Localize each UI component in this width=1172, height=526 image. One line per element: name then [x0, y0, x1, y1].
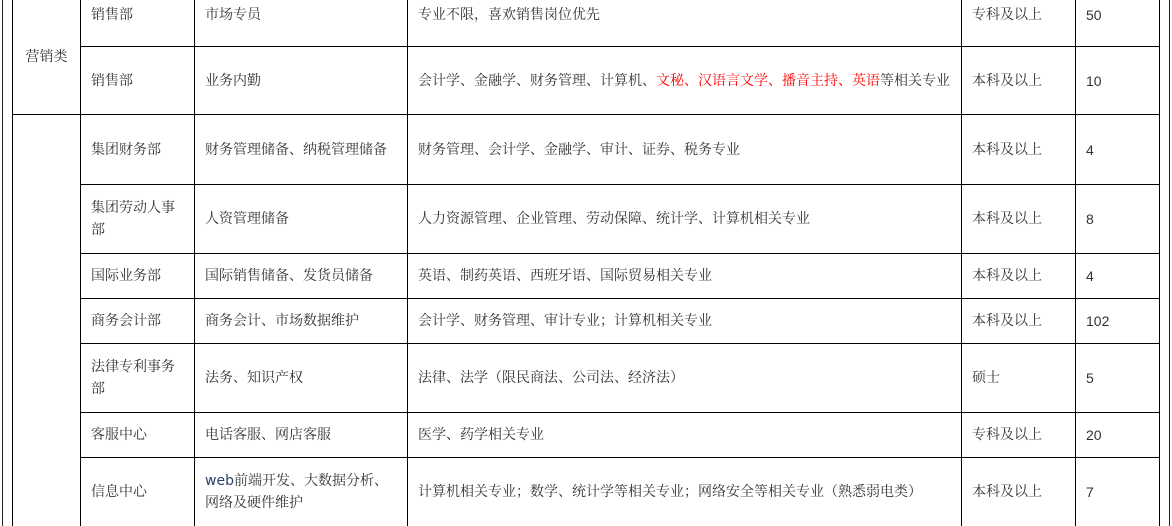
major-cell: 专业不限，喜欢销售岗位优先	[408, 0, 962, 47]
headcount-cell: 8	[1076, 185, 1160, 254]
major-cell: 人力资源管理、企业管理、劳动保障、统计学、计算机相关专业	[408, 185, 962, 254]
education-cell: 本科及以上	[962, 254, 1076, 299]
education-cell: 本科及以上	[962, 185, 1076, 254]
department-cell: 法律专利事务部	[81, 344, 195, 413]
position-cell: 电话客服、网店客服	[195, 413, 408, 458]
headcount-cell: 4	[1076, 115, 1160, 185]
position-cell: 市场专员	[195, 0, 408, 47]
education-cell: 本科及以上	[962, 458, 1076, 526]
major-text: 人力资源管理、企业管理、劳动保障、统计学、计算机相关专业	[418, 211, 810, 227]
major-cell: 法律、法学（限民商法、公司法、经济法）	[408, 344, 962, 413]
page-border-left	[2, 0, 3, 526]
recruitment-table: 营销类 销售部 市场专员 专业不限，喜欢销售岗位优先 专科及以上 50 销售部 …	[12, 0, 1160, 526]
education-cell: 专科及以上	[962, 0, 1076, 47]
department-cell: 集团劳动人事部	[81, 185, 195, 254]
table-row: 客服中心 电话客服、网店客服 医学、药学相关专业 专科及以上 20	[13, 413, 1160, 458]
category-cell	[13, 115, 81, 526]
major-text: 财务管理、会计学、金融学、审计、证券、税务专业	[418, 142, 740, 158]
department-cell: 销售部	[81, 0, 195, 47]
table-row: 集团财务部 财务管理储备、纳税管理储备 财务管理、会计学、金融学、审计、证券、税…	[13, 115, 1160, 185]
table-row: 信息中心 web前端开发、大数据分析、网络及硬件维护 计算机相关专业；数学、统计…	[13, 458, 1160, 526]
category-label: 营销类	[26, 49, 68, 65]
page-border-right	[1169, 0, 1170, 526]
major-cell: 会计学、金融学、财务管理、计算机、文秘、汉语言文学、播音主持、英语等相关专业	[408, 47, 962, 115]
position-cell: 财务管理储备、纳税管理储备	[195, 115, 408, 185]
position-cell: web前端开发、大数据分析、网络及硬件维护	[195, 458, 408, 526]
recruitment-table-container: 营销类 销售部 市场专员 专业不限，喜欢销售岗位优先 专科及以上 50 销售部 …	[12, 0, 1160, 526]
education-cell: 本科及以上	[962, 47, 1076, 115]
education-cell: 本科及以上	[962, 299, 1076, 344]
education-cell: 本科及以上	[962, 115, 1076, 185]
department-cell: 信息中心	[81, 458, 195, 526]
table-row: 国际业务部 国际销售储备、发货员储备 英语、制药英语、西班牙语、国际贸易相关专业…	[13, 254, 1160, 299]
major-cell: 财务管理、会计学、金融学、审计、证券、税务专业	[408, 115, 962, 185]
headcount-cell: 5	[1076, 344, 1160, 413]
major-text: 法律、法学（限民商法、公司法、经济法）	[418, 370, 684, 386]
major-text: 会计学、金融学、财务管理、计算机、	[418, 73, 656, 89]
department-cell: 客服中心	[81, 413, 195, 458]
table-row: 营销类 销售部 市场专员 专业不限，喜欢销售岗位优先 专科及以上 50	[13, 0, 1160, 47]
major-text: 会计学、财务管理、审计专业；计算机相关专业	[418, 313, 712, 329]
position-en-prefix: web	[205, 473, 234, 489]
major-text-highlighted: 文秘、汉语言文学、播音主持、英语	[656, 73, 880, 89]
major-text: 专业不限，喜欢销售岗位优先	[418, 7, 600, 23]
headcount-cell: 7	[1076, 458, 1160, 526]
major-text: 计算机相关专业；数学、统计学等相关专业；网络安全等相关专业（熟悉弱电类）	[418, 484, 922, 500]
table-row: 法律专利事务部 法务、知识产权 法律、法学（限民商法、公司法、经济法） 硕士 5	[13, 344, 1160, 413]
major-cell: 会计学、财务管理、审计专业；计算机相关专业	[408, 299, 962, 344]
table-row: 销售部 业务内勤 会计学、金融学、财务管理、计算机、文秘、汉语言文学、播音主持、…	[13, 47, 1160, 115]
category-cell: 营销类	[13, 0, 81, 115]
department-cell: 集团财务部	[81, 115, 195, 185]
table-row: 商务会计部 商务会计、市场数据维护 会计学、财务管理、审计专业；计算机相关专业 …	[13, 299, 1160, 344]
headcount-cell: 4	[1076, 254, 1160, 299]
major-cell: 医学、药学相关专业	[408, 413, 962, 458]
headcount-cell: 50	[1076, 0, 1160, 47]
headcount-cell: 10	[1076, 47, 1160, 115]
major-cell: 计算机相关专业；数学、统计学等相关专业；网络安全等相关专业（熟悉弱电类）	[408, 458, 962, 526]
position-cell: 国际销售储备、发货员储备	[195, 254, 408, 299]
position-cell: 人资管理储备	[195, 185, 408, 254]
major-text: 等相关专业	[880, 73, 950, 89]
department-cell: 国际业务部	[81, 254, 195, 299]
department-cell: 销售部	[81, 47, 195, 115]
major-text: 英语、制药英语、西班牙语、国际贸易相关专业	[418, 268, 712, 284]
position-cell: 商务会计、市场数据维护	[195, 299, 408, 344]
headcount-cell: 20	[1076, 413, 1160, 458]
education-cell: 硕士	[962, 344, 1076, 413]
department-cell: 商务会计部	[81, 299, 195, 344]
education-cell: 专科及以上	[962, 413, 1076, 458]
position-cell: 法务、知识产权	[195, 344, 408, 413]
headcount-cell: 102	[1076, 299, 1160, 344]
major-text: 医学、药学相关专业	[418, 427, 544, 443]
table-row: 集团劳动人事部 人资管理储备 人力资源管理、企业管理、劳动保障、统计学、计算机相…	[13, 185, 1160, 254]
position-cell: 业务内勤	[195, 47, 408, 115]
major-cell: 英语、制药英语、西班牙语、国际贸易相关专业	[408, 254, 962, 299]
